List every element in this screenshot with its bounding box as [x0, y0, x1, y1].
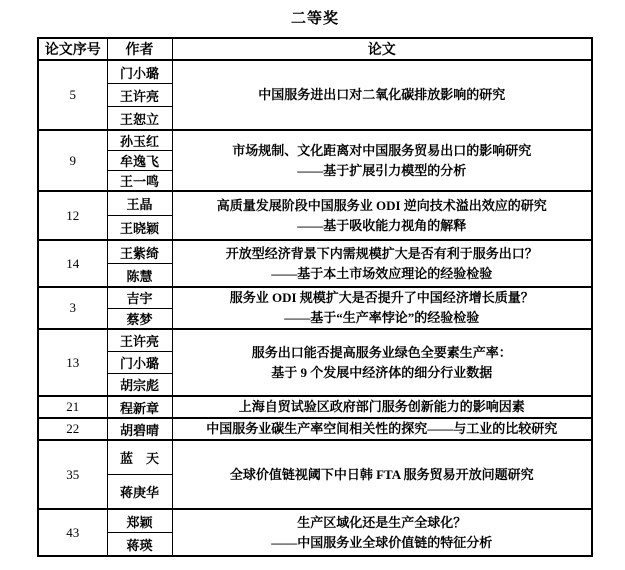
author-name-cell: 王许亮 [107, 84, 172, 107]
awards-table: 论文序号 作者 论文 5门小璐中国服务进出口对二氧化碳排放影响的研究王许亮王恕立… [37, 37, 593, 557]
paper-title-cell: 中国服务业碳生产率空间相关性的探究——与工业的比较研究 [172, 418, 592, 440]
paper-number-cell: 13 [38, 329, 107, 396]
author-name-cell: 胡碧晴 [107, 418, 172, 440]
author-name-cell: 蓝 天 [107, 440, 172, 475]
author-name-cell: 王晶 [107, 191, 172, 216]
author-name-cell: 蒋瑛 [107, 533, 172, 557]
paper-title-line: 服务业 ODI 规模扩大是否提升了中国经济增长质量？ [175, 288, 590, 308]
author-name-cell: 郑颖 [107, 509, 172, 533]
paper-title-line: 服务出口能否提高服务业绿色全要素生产率： [175, 343, 590, 363]
paper-title-cell: 服务出口能否提高服务业绿色全要素生产率：基于 9 个发展中经济体的细分行业数据 [172, 329, 592, 396]
author-name-cell: 陈慧 [107, 264, 172, 288]
author-name-cell: 吉宇 [107, 287, 172, 308]
paper-title-line: ——中国服务业全球价值链的特征分析 [175, 533, 590, 553]
paper-number-cell: 12 [38, 191, 107, 240]
table-row: 5门小璐中国服务进出口对二氧化碳排放影响的研究 [38, 60, 592, 84]
author-name-cell: 胡宗彪 [107, 374, 172, 397]
paper-title-line: 高质量发展阶段中国服务业 ODI 逆向技术溢出效应的研究 [175, 196, 590, 216]
paper-title-cell: 市场规制、文化距离对中国服务贸易出口的影响研究——基于扩展引力模型的分析 [172, 130, 592, 191]
paper-title-line: 中国服务业碳生产率空间相关性的探究——与工业的比较研究 [175, 419, 590, 439]
header-row: 论文序号 作者 论文 [38, 38, 592, 60]
paper-number-cell: 14 [38, 240, 107, 287]
paper-title-cell: 中国服务进出口对二氧化碳排放影响的研究 [172, 60, 592, 130]
paper-title-cell: 开放型经济背景下内需规模扩大是否有利于服务出口？——基于本土市场效应理论的经验检… [172, 240, 592, 287]
paper-title-line: 开放型经济背景下内需规模扩大是否有利于服务出口？ [175, 244, 590, 264]
page-title: 二等奖 [37, 7, 593, 28]
paper-title-cell: 上海自贸试验区政府部门服务创新能力的影响因素 [172, 396, 592, 418]
paper-title-line: 全球价值链视阈下中日韩 FTA 服务贸易开放问题研究 [175, 465, 590, 485]
table-row: 9孙玉红市场规制、文化距离对中国服务贸易出口的影响研究——基于扩展引力模型的分析 [38, 130, 592, 151]
table-row: 14王紫绮开放型经济背景下内需规模扩大是否有利于服务出口？——基于本土市场效应理… [38, 240, 592, 264]
table-row: 3吉宇服务业 ODI 规模扩大是否提升了中国经济增长质量？——基于“生产率悖论”… [38, 287, 592, 308]
paper-title-cell: 服务业 ODI 规模扩大是否提升了中国经济增长质量？——基于“生产率悖论”的经验… [172, 287, 592, 329]
author-name-cell: 王许亮 [107, 329, 172, 352]
author-name-cell: 蒋庚华 [107, 475, 172, 510]
paper-title-line: ——基于本土市场效应理论的经验检验 [175, 264, 590, 284]
paper-title-line: ——基于吸收能力视角的解释 [175, 216, 590, 236]
header-paper: 论文 [172, 38, 592, 60]
table-row: 22胡碧晴中国服务业碳生产率空间相关性的探究——与工业的比较研究 [38, 418, 592, 440]
paper-title-line: ——基于扩展引力模型的分析 [175, 161, 590, 181]
author-name-cell: 门小璐 [107, 352, 172, 374]
paper-title-line: 中国服务进出口对二氧化碳排放影响的研究 [175, 85, 590, 105]
paper-number-cell: 43 [38, 509, 107, 556]
paper-title-line: 上海自贸试验区政府部门服务创新能力的影响因素 [175, 397, 590, 417]
author-name-cell: 牟逸飞 [107, 151, 172, 171]
table-row: 21程新章上海自贸试验区政府部门服务创新能力的影响因素 [38, 396, 592, 418]
author-name-cell: 孙玉红 [107, 130, 172, 151]
paper-title-line: 市场规制、文化距离对中国服务贸易出口的影响研究 [175, 141, 590, 161]
table-row: 35蓝 天全球价值链视阈下中日韩 FTA 服务贸易开放问题研究 [38, 440, 592, 475]
paper-number-cell: 22 [38, 418, 107, 440]
header-author: 作者 [107, 38, 172, 60]
paper-title-line: ——基于“生产率悖论”的经验检验 [175, 308, 590, 328]
paper-number-cell: 35 [38, 440, 107, 509]
author-name-cell: 王一鸣 [107, 171, 172, 192]
table-row: 12王晶高质量发展阶段中国服务业 ODI 逆向技术溢出效应的研究——基于吸收能力… [38, 191, 592, 216]
paper-title-cell: 高质量发展阶段中国服务业 ODI 逆向技术溢出效应的研究——基于吸收能力视角的解… [172, 191, 592, 240]
author-name-cell: 王紫绮 [107, 240, 172, 264]
paper-title-line: 基于 9 个发展中经济体的细分行业数据 [175, 363, 590, 383]
paper-title-cell: 生产区域化还是生产全球化？——中国服务业全球价值链的特征分析 [172, 509, 592, 556]
table-row: 13王许亮服务出口能否提高服务业绿色全要素生产率：基于 9 个发展中经济体的细分… [38, 329, 592, 352]
paper-title-cell: 全球价值链视阈下中日韩 FTA 服务贸易开放问题研究 [172, 440, 592, 509]
header-paper-number: 论文序号 [38, 38, 107, 60]
awards-table-body: 5门小璐中国服务进出口对二氧化碳排放影响的研究王许亮王恕立9孙玉红市场规制、文化… [38, 60, 592, 556]
author-name-cell: 程新章 [107, 396, 172, 418]
author-name-cell: 门小璐 [107, 60, 172, 84]
paper-title-line: 生产区域化还是生产全球化？ [175, 513, 590, 533]
author-name-cell: 王恕立 [107, 107, 172, 131]
paper-number-cell: 5 [38, 60, 107, 130]
document: 二等奖 论文序号 作者 论文 5门小璐中国服务进出口对二氧化碳排放影响的研究王许… [37, 0, 593, 557]
awards-table-header: 论文序号 作者 论文 [38, 38, 592, 60]
paper-number-cell: 21 [38, 396, 107, 418]
table-row: 43郑颖生产区域化还是生产全球化？——中国服务业全球价值链的特征分析 [38, 509, 592, 533]
author-name-cell: 蔡梦 [107, 308, 172, 329]
author-name-cell: 王晓颖 [107, 216, 172, 241]
paper-number-cell: 9 [38, 130, 107, 191]
paper-number-cell: 3 [38, 287, 107, 329]
